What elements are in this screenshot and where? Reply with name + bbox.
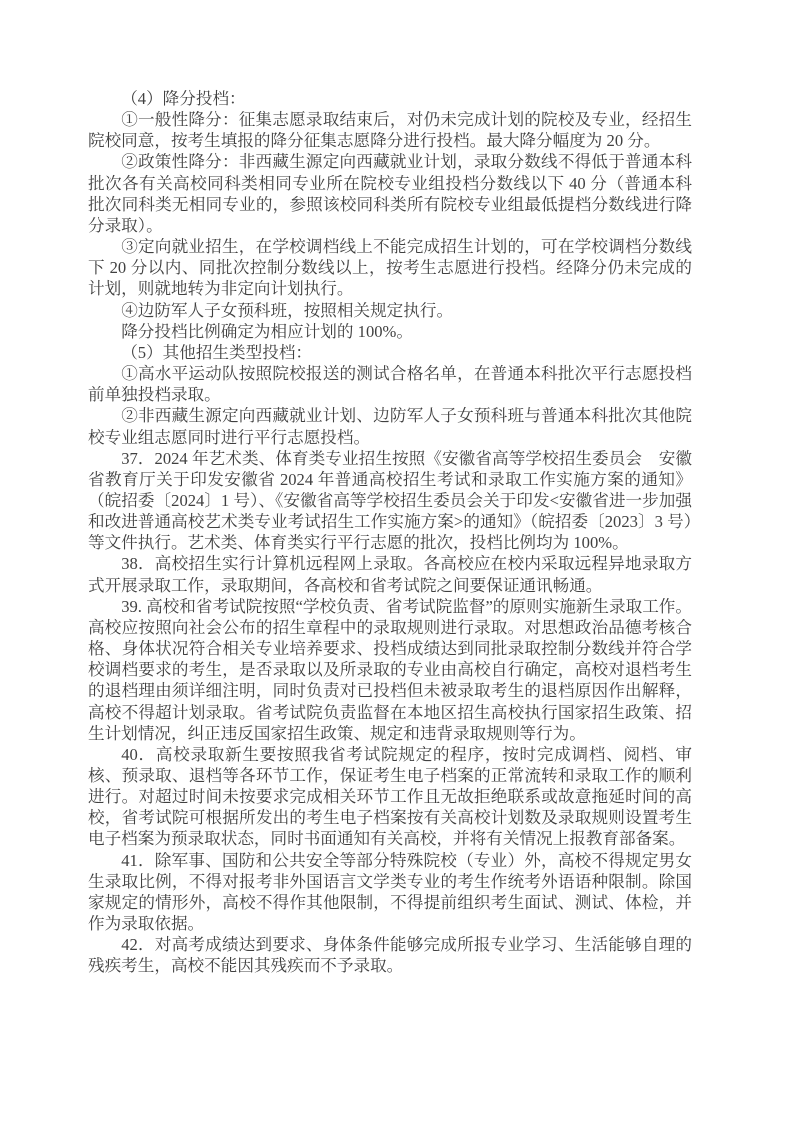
paragraph: ①高水平运动队按照院校报送的测试合格名单，在普通本科批次平行志愿投档前单独投档录… — [88, 363, 692, 405]
paragraph: ②政策性降分：非西藏生源定向西藏就业计划，录取分数线不得低于普通本科批次各有关高… — [88, 151, 692, 236]
document-body: （4）降分投档：①一般性降分：征集志愿录取结束后，对仍未完成计划的院校及专业，经… — [88, 88, 692, 977]
paragraph: 37．2024 年艺术类、体育类专业招生按照《安徽省高等学校招生委员会 安徽省教… — [88, 448, 692, 554]
paragraph: 38．高校招生实行计算机远程网上录取。各高校应在校内采取远程异地录取方式开展录取… — [88, 553, 692, 595]
paragraph: ②非西藏生源定向西藏就业计划、边防军人子女预科班与普通本科批次其他院校专业组志愿… — [88, 405, 692, 447]
document-page: （4）降分投档：①一般性降分：征集志愿录取结束后，对仍未完成计划的院校及专业，经… — [0, 0, 793, 1122]
paragraph: 40．高校录取新生要按照我省考试院规定的程序，按时完成调档、阅档、审核、预录取、… — [88, 744, 692, 850]
paragraph: 41．除军事、国防和公共安全等部分特殊院校（专业）外，高校不得规定男女生录取比例… — [88, 850, 692, 935]
paragraph: （5）其他招生类型投档： — [88, 342, 692, 363]
paragraph: ④边防军人子女预科班，按照相关规定执行。 — [88, 300, 692, 321]
paragraph: （4）降分投档： — [88, 88, 692, 109]
paragraph: ③定向就业招生，在学校调档线上不能完成招生计划的，可在学校调档分数线下 20 分… — [88, 236, 692, 299]
paragraph: ①一般性降分：征集志愿录取结束后，对仍未完成计划的院校及专业，经招生院校同意，按… — [88, 109, 692, 151]
paragraph: 降分投档比例确定为相应计划的 100%。 — [88, 321, 692, 342]
paragraph: 42．对高考成绩达到要求、身体条件能够完成所报专业学习、生活能够自理的残疾考生，… — [88, 934, 692, 976]
paragraph: 39. 高校和省考试院按照“学校负责、省考试院监督”的原则实施新生录取工作。高校… — [88, 596, 692, 744]
